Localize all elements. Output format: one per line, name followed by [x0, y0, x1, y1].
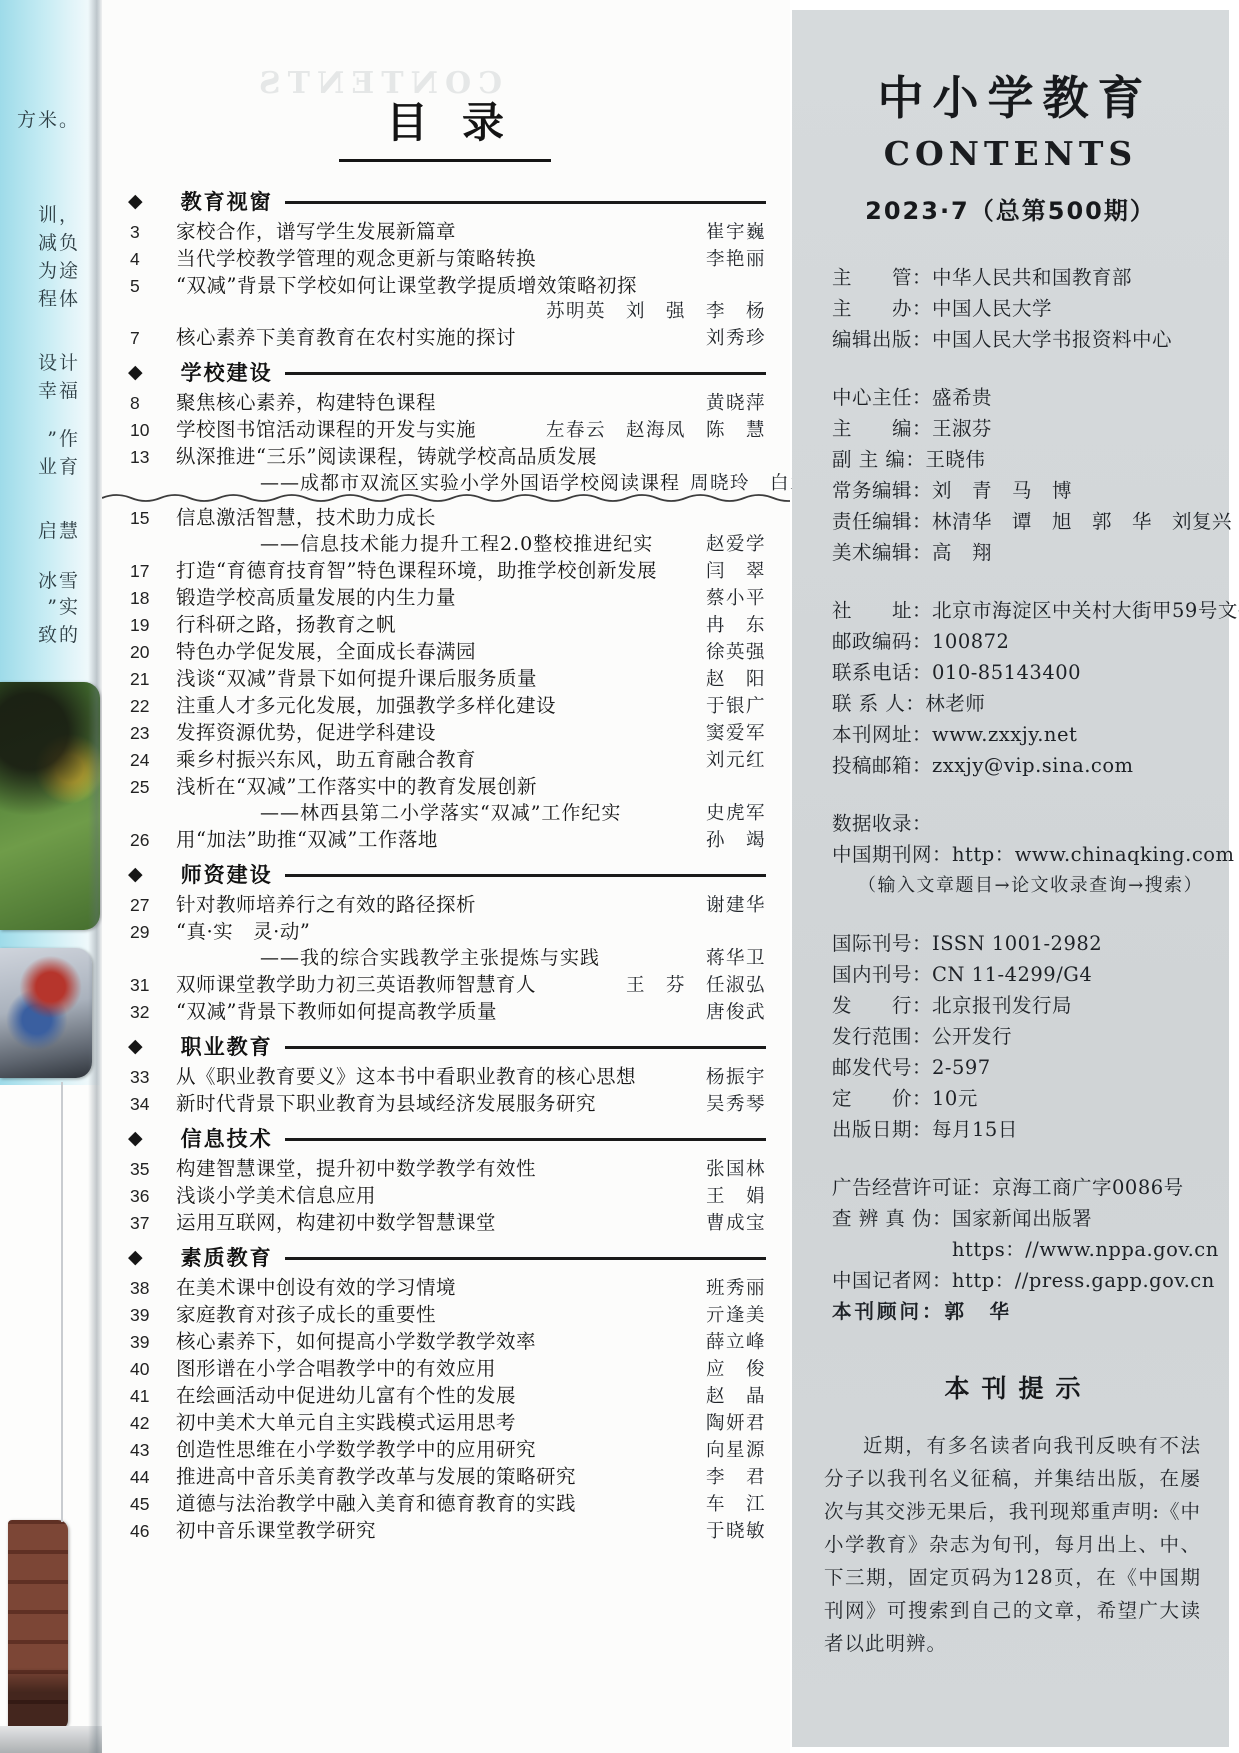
toc-article-title: 初中音乐课堂教学研究	[176, 1518, 696, 1544]
toc-page-number: 45	[124, 1491, 176, 1517]
toc-authors: 亓逢美	[706, 1303, 766, 1329]
text-fragment: 训，	[0, 200, 80, 227]
toc-page-number: 35	[124, 1156, 176, 1182]
toc-authors: 车 江	[706, 1492, 766, 1518]
toc-article-title: 构建智慧课堂，提升初中数学教学有效性	[176, 1156, 696, 1182]
masthead-info: 主 管：中华人民共和国教育部主 办：中国人民大学编辑出版：中国人民大学书报资料中…	[792, 226, 1229, 1327]
masthead-line: 主 编：王淑芬	[832, 413, 1207, 444]
toc-row: 44推进高中音乐美育教学改革与发展的策略研究李 君	[124, 1464, 766, 1491]
toc-row: 38在美术课中创设有效的学习情境班秀丽	[124, 1275, 766, 1302]
section-header: ◆师资建设	[124, 859, 766, 889]
section-header: ◆教育视窗	[124, 186, 766, 216]
masthead-group: 主 管：中华人民共和国教育部主 办：中国人民大学编辑出版：中国人民大学书报资料中…	[832, 262, 1207, 355]
masthead-line: 编辑出版：中国人民大学书报资料中心	[832, 324, 1207, 355]
masthead-line: 副 主 编：王晓伟	[832, 444, 1207, 475]
toc-article-title: 双师课堂教学助力初三英语教师智慧育人	[176, 972, 616, 998]
toc-authors: 蒋华卫	[706, 946, 766, 972]
masthead-group: 中心主任：盛希贵主 编：王淑芬副 主 编：王晓伟常务编辑：刘 青 马 博责任编辑…	[832, 382, 1207, 568]
toc-row: 39家庭教育对孩子成长的重要性亓逢美	[124, 1302, 766, 1329]
notice-body: 近期，有多名读者向我刊反映有不法分子以我刊名义征稿，并集结出版，在屡次与其交涉无…	[824, 1429, 1201, 1660]
toc-article-title: “双减”背景下学校如何让课堂教学提质增效策略初探	[176, 273, 766, 299]
toc-article-title: 在美术课中创设有效的学习情境	[176, 1275, 696, 1301]
toc-page-number: 19	[124, 612, 176, 638]
toc-page-number: 4	[124, 246, 176, 272]
toc-authors: 谢建华	[706, 893, 766, 919]
toc-authors: 于银广	[706, 694, 766, 720]
toc-article-title: 从《职业教育要义》这本书中看职业教育的核心思想	[176, 1064, 696, 1090]
toc-authors: 苏明英 刘 强 李 杨	[546, 299, 766, 325]
section-rule	[285, 1138, 766, 1141]
toc-article-title: 锻造学校高质量发展的内生力量	[176, 585, 696, 611]
section-rule	[285, 1046, 766, 1049]
bleedthrough-contents: CONTENTS	[252, 66, 502, 101]
toc-row: 4当代学校教学管理的观念更新与策略转换李艳丽	[124, 246, 766, 273]
toc-article-title: 在绘画活动中促进幼儿富有个性的发展	[176, 1383, 696, 1409]
toc-article-title: ——林西县第二小学落实“双减”工作纪实	[176, 800, 696, 826]
toc-page-number: 37	[124, 1210, 176, 1236]
toc-article-title: 核心素养下，如何提高小学数学教学效率	[176, 1329, 696, 1355]
toc-row: 18锻造学校高质量发展的内生力量蔡小平	[124, 585, 766, 612]
toc-article-title: 信息激活智慧，技术助力成长	[176, 505, 766, 531]
masthead-line: 邮政编码：100872	[832, 626, 1207, 657]
section-header: ◆学校建设	[124, 357, 766, 387]
masthead-group: 社 址：北京市海淀区中关村大街甲59号文化大厦邮政编码：100872联系电话：0…	[832, 595, 1207, 781]
toc-authors: 闫 翠	[706, 559, 766, 585]
diamond-icon: ◆	[128, 863, 143, 885]
toc-article-title: 打造“育德育技育智”特色课程环境，助推学校创新发展	[176, 558, 696, 584]
toc-article-title: ——成都市双流区实验小学外国语学校阅读课程	[176, 470, 680, 496]
section-name: 学校建设	[181, 357, 273, 387]
toc-article-title: 核心素养下美育教育在农村实施的探讨	[176, 325, 696, 351]
text-fragment: 幸福	[0, 376, 80, 403]
masthead-group: 国际刊号：ISSN 1001-2982国内刊号：CN 11-4299/G4发 行…	[832, 928, 1207, 1145]
masthead-line: 中国记者网：http：//press.gapp.gov.cn	[832, 1265, 1207, 1296]
toc-authors: 史虎军	[706, 801, 766, 827]
toc-page-number: 10	[124, 417, 176, 443]
masthead-line: （输入文章题目→论文收录查询→搜索）	[832, 870, 1207, 901]
toc-article-title: 浅谈“双减”背景下如何提升课后服务质量	[176, 666, 696, 692]
toc-authors: 蔡小平	[706, 586, 766, 612]
masthead-panel: 中小学教育 CONTENTS 2023·7（总第500期） 主 管：中华人民共和…	[792, 10, 1229, 1747]
toc-row: 43创造性思维在小学数学教学中的应用研究向星源	[124, 1437, 766, 1464]
section-rule	[285, 1257, 766, 1260]
toc-authors: 应 俊	[706, 1357, 766, 1383]
text-fragment: 业育	[0, 452, 80, 479]
masthead-group: 数据收录：中国期刊网：http：www.chinaqking.com（输入文章题…	[832, 808, 1207, 901]
masthead-line: 中国期刊网：http：www.chinaqking.com	[832, 839, 1207, 870]
toc-article-title: 特色办学促发展，全面成长春满园	[176, 639, 696, 665]
toc-authors: 班秀丽	[706, 1276, 766, 1302]
masthead-line: 本刊顾问：郭 华	[832, 1296, 1207, 1327]
toc-page-number: 44	[124, 1464, 176, 1490]
toc-authors: 向星源	[706, 1438, 766, 1464]
masthead-line: 查 辨 真 伪：国家新闻出版署	[832, 1203, 1207, 1234]
toc-row: 19行科研之路，扬教育之帆冉 东	[124, 612, 766, 639]
diamond-icon: ◆	[128, 190, 143, 212]
toc-page-number: 13	[124, 444, 176, 470]
masthead-line: https：//www.nppa.gov.cn	[832, 1234, 1207, 1265]
text-fragment: 冰雪	[0, 566, 80, 593]
toc-article-title: “真·实 灵·动”	[176, 919, 766, 945]
masthead-line: 邮发代号：2-597	[832, 1052, 1207, 1083]
toc-page-number: 41	[124, 1383, 176, 1409]
toc-page: CONTENTS 目录 ◆教育视窗3家校合作，谱写学生发展新篇章崔宇巍4当代学校…	[102, 0, 790, 1753]
toc-row: 46初中音乐课堂教学研究于晓敏	[124, 1518, 766, 1545]
scanned-magazine-page: { "left_edge": { "fragments": ["方米。","训，…	[0, 0, 1239, 1753]
masthead-line: 社 址：北京市海淀区中关村大街甲59号文化大厦	[832, 595, 1207, 626]
toc-article-title: 乘乡村振兴东风，助五育融合教育	[176, 747, 696, 773]
toc-row: ——我的综合实践教学主张提炼与实践蒋华卫	[124, 945, 766, 972]
toc-row: 3家校合作，谱写学生发展新篇章崔宇巍	[124, 219, 766, 246]
toc-row: 23发挥资源优势，促进学科建设窦爱军	[124, 720, 766, 747]
masthead-line: 国内刊号：CN 11-4299/G4	[832, 959, 1207, 990]
toc-article-title: 图形谱在小学合唱教学中的有效应用	[176, 1356, 696, 1382]
section-rule	[285, 874, 766, 877]
toc-authors: 王 芬 任淑弘	[626, 973, 766, 999]
toc-page-number: 17	[124, 558, 176, 584]
masthead-line: 责任编辑：林清华 谭 旭 郭 华 刘复兴	[832, 506, 1207, 537]
toc-article-title: 行科研之路，扬教育之帆	[176, 612, 696, 638]
toc-authors: 赵 晶	[706, 1384, 766, 1410]
masthead-line: 联系电话：010-85143400	[832, 657, 1207, 688]
masthead-line: 发 行：北京报刊发行局	[832, 990, 1207, 1021]
toc-page-number: 23	[124, 720, 176, 746]
toc-row: 5“双减”背景下学校如何让课堂教学提质增效策略初探	[124, 273, 766, 299]
toc-page-number: 40	[124, 1356, 176, 1382]
toc-page-number: 15	[124, 505, 176, 531]
toc-page-number: 22	[124, 693, 176, 719]
toc-authors: 李 君	[706, 1465, 766, 1491]
toc-row: 42初中美术大单元自主实践模式运用思考陶妍君	[124, 1410, 766, 1437]
toc-row: 20特色办学促发展，全面成长春满园徐英强	[124, 639, 766, 666]
masthead-line: 常务编辑：刘 青 马 博	[832, 475, 1207, 506]
notice-title: 本刊提示	[824, 1369, 1201, 1405]
toc-page-number: 18	[124, 585, 176, 611]
toc-authors: 曹成宝	[706, 1211, 766, 1237]
toc-authors: 冉 东	[706, 613, 766, 639]
section-name: 素质教育	[181, 1242, 273, 1272]
toc-authors: 孙 竭	[706, 828, 766, 854]
magazine-title: 中小学教育	[792, 62, 1229, 128]
publisher-notice: 本刊提示 近期，有多名读者向我刊反映有不法分子以我刊名义征稿，并集结出版，在屡次…	[792, 1369, 1229, 1660]
classroom-photo	[8, 1520, 68, 1730]
toc-row: 7核心素养下美育教育在农村实施的探讨刘秀珍	[124, 325, 766, 352]
toc-article-title: “双减”背景下教师如何提高教学质量	[176, 999, 696, 1025]
toc-article-title: 浅析在“双减”工作落实中的教育发展创新	[176, 774, 766, 800]
text-fragment: 致的	[0, 620, 80, 647]
toc-authors: 于晓敏	[706, 1519, 766, 1545]
section-name: 职业教育	[181, 1031, 273, 1061]
toc-authors: 刘秀珍	[706, 326, 766, 352]
toc-article-title: 发挥资源优势，促进学科建设	[176, 720, 696, 746]
toc-page-number: 25	[124, 774, 176, 800]
toc-authors: 杨振宇	[706, 1065, 766, 1091]
diamond-icon: ◆	[128, 361, 143, 383]
text-fragment: 方米。	[0, 105, 80, 132]
toc-article-title: 推进高中音乐美育教学改革与发展的策略研究	[176, 1464, 696, 1490]
toc-article-title: 初中美术大单元自主实践模式运用思考	[176, 1410, 696, 1436]
toc-row: 41在绘画活动中促进幼儿富有个性的发展赵 晶	[124, 1383, 766, 1410]
section-name: 信息技术	[181, 1123, 273, 1153]
toc-authors: 赵爱学	[706, 532, 766, 558]
toc-authors: 黄晓萍	[706, 391, 766, 417]
toc-row: 25浅析在“双减”工作落实中的教育发展创新	[124, 774, 766, 800]
text-fragment: 设计	[0, 348, 80, 375]
foliage-photo	[0, 682, 100, 930]
toc-article-title: 浅谈小学美术信息应用	[176, 1183, 696, 1209]
toc-authors: 王 娟	[706, 1184, 766, 1210]
toc-row: 24乘乡村振兴东风，助五育融合教育刘元红	[124, 747, 766, 774]
toc-authors: 陶妍君	[706, 1411, 766, 1437]
toc-article-title: 家庭教育对孩子成长的重要性	[176, 1302, 696, 1328]
toc-row: 22注重人才多元化发展，加强教学多样化建设于银广	[124, 693, 766, 720]
toc-row: 39核心素养下，如何提高小学数学教学效率薛立峰	[124, 1329, 766, 1356]
toc-article-title: 用“加法”助推“双减”工作落地	[176, 827, 696, 853]
toc-page-number: 42	[124, 1410, 176, 1436]
toc-page-number: 5	[124, 273, 176, 299]
toc-row: 13纵深推进“三乐”阅读课程，铸就学校高品质发展	[124, 444, 766, 470]
toc-page-number: 36	[124, 1183, 176, 1209]
text-fragment: 减负	[0, 228, 80, 255]
previous-page-edge: 方米。训，减负为途程体设计幸福”作业育启慧冰雪”实致的	[0, 0, 100, 1753]
masthead-line: 主 管：中华人民共和国教育部	[832, 262, 1207, 293]
toc-authors: 崔宇巍	[706, 220, 766, 246]
masthead-line: 主 办：中国人民大学	[832, 293, 1207, 324]
section-header: ◆信息技术	[124, 1123, 766, 1153]
toc-row: 10学校图书馆活动课程的开发与实施左春云 赵海凤 陈 慧	[124, 417, 766, 444]
toc-page-number: 8	[124, 390, 176, 416]
section-name: 教育视窗	[181, 186, 273, 216]
toc-authors: 薛立峰	[706, 1330, 766, 1356]
toc-row: ——成都市双流区实验小学外国语学校阅读课程周晓玲 白兰红 张雅岚	[124, 470, 766, 497]
section-header: ◆素质教育	[124, 1242, 766, 1272]
toc-page-number: 39	[124, 1302, 176, 1328]
toc-page-number: 21	[124, 666, 176, 692]
toc-authors: 吴秀琴	[706, 1092, 766, 1118]
section-name: 师资建设	[181, 859, 273, 889]
masthead-header: 中小学教育 CONTENTS 2023·7（总第500期）	[792, 10, 1229, 226]
masthead-line: 投稿邮箱：zxxjy@vip.sina.com	[832, 750, 1207, 781]
toc-article-title: 家校合作，谱写学生发展新篇章	[176, 219, 696, 245]
toc-page-number: 33	[124, 1064, 176, 1090]
toc-page-number: 24	[124, 747, 176, 773]
toc-row: 15信息激活智慧，技术助力成长	[124, 505, 766, 531]
toc-authors: 左春云 赵海凤 陈 慧	[546, 418, 766, 444]
toc-page-number: 27	[124, 892, 176, 918]
toc-row: 35构建智慧课堂，提升初中数学教学有效性张国林	[124, 1156, 766, 1183]
toc-article-title: 注重人才多元化发展，加强教学多样化建设	[176, 693, 696, 719]
toc-authors: 徐英强	[706, 640, 766, 666]
toc-title-underline	[339, 159, 551, 162]
toc-article-title: ——信息技术能力提升工程2.0整校推进纪实	[176, 531, 696, 557]
toc-page-number: 20	[124, 639, 176, 665]
text-fragment: ”作	[0, 424, 80, 451]
toc-row: 21浅谈“双减”背景下如何提升课后服务质量赵 阳	[124, 666, 766, 693]
text-fragment: 启慧	[0, 516, 80, 543]
toc-page-number: 46	[124, 1518, 176, 1544]
toc-authors: 赵 阳	[706, 667, 766, 693]
toc-row: 26用“加法”助推“双减”工作落地孙 竭	[124, 827, 766, 854]
toc-page-number: 43	[124, 1437, 176, 1463]
diamond-icon: ◆	[128, 1035, 143, 1057]
section-rule	[285, 372, 766, 375]
toc-row: 45道德与法治教学中融入美育和德育教育的实践车 江	[124, 1491, 766, 1518]
toc-row: 40图形谱在小学合唱教学中的有效应用应 俊	[124, 1356, 766, 1383]
masthead-line: 广告经营许可证：京海工商广字0086号	[832, 1172, 1207, 1203]
section-header: ◆职业教育	[124, 1031, 766, 1061]
toc-row: 33从《职业教育要义》这本书中看职业教育的核心思想杨振宇	[124, 1064, 766, 1091]
toc-page-number: 38	[124, 1275, 176, 1301]
toc-article-title: ——我的综合实践教学主张提炼与实践	[176, 945, 696, 971]
toc-page-number: 32	[124, 999, 176, 1025]
toc-authors: 刘元红	[706, 748, 766, 774]
toc-row: 苏明英 刘 强 李 杨	[124, 299, 766, 325]
toc-authors: 张国林	[706, 1157, 766, 1183]
toc-row: 27针对教师培养行之有效的路径探析谢建华	[124, 892, 766, 919]
text-fragment: 程体	[0, 284, 80, 311]
toc-row: 36浅谈小学美术信息应用王 娟	[124, 1183, 766, 1210]
contents-label: CONTENTS	[792, 134, 1229, 173]
toc-article-title: 针对教师培养行之有效的路径探析	[176, 892, 696, 918]
toc-article-title: 运用互联网，构建初中数学智慧课堂	[176, 1210, 696, 1236]
toc-page-number: 7	[124, 325, 176, 351]
issue-label: 2023·7（总第500期）	[792, 191, 1229, 226]
toc-page-number: 3	[124, 219, 176, 245]
toc-article-title: 聚焦核心素养，构建特色课程	[176, 390, 696, 416]
toc-page-number: 39	[124, 1329, 176, 1355]
masthead-line: 美术编辑：高 翔	[832, 537, 1207, 568]
masthead-line: 数据收录：	[832, 808, 1207, 839]
text-fragment: ”实	[0, 592, 80, 619]
toc-page-number: 34	[124, 1091, 176, 1117]
text-fragment: 为途	[0, 256, 80, 283]
masthead-line: 联 系 人：林老师	[832, 688, 1207, 719]
toc-row: 34新时代背景下职业教育为县域经济发展服务研究吴秀琴	[124, 1091, 766, 1118]
toc-section-list: ◆教育视窗3家校合作，谱写学生发展新篇章崔宇巍4当代学校教学管理的观念更新与策略…	[124, 186, 766, 1545]
toc-authors: 李艳丽	[706, 247, 766, 273]
toc-authors: 窦爱军	[706, 721, 766, 747]
masthead-line: 发行范围：公开发行	[832, 1021, 1207, 1052]
diamond-icon: ◆	[128, 1246, 143, 1268]
masthead-line: 本刊网址：www.zxxjy.net	[832, 719, 1207, 750]
page-edge-line	[61, 1082, 63, 1522]
toc-article-title: 新时代背景下职业教育为县域经济发展服务研究	[176, 1091, 696, 1117]
toc-row: ——信息技术能力提升工程2.0整校推进纪实赵爱学	[124, 531, 766, 558]
toc-row: 32“双减”背景下教师如何提高教学质量唐俊武	[124, 999, 766, 1026]
toc-row: 29“真·实 灵·动”	[124, 919, 766, 945]
toc-article-title: 当代学校教学管理的观念更新与策略转换	[176, 246, 696, 272]
masthead-line: 定 价：10元	[832, 1083, 1207, 1114]
ski-photo	[0, 948, 92, 1078]
section-rule	[285, 201, 766, 204]
toc-article-title: 道德与法治教学中融入美育和德育教育的实践	[176, 1491, 696, 1517]
masthead-line: 出版日期：每月15日	[832, 1114, 1207, 1145]
toc-page-number: 26	[124, 827, 176, 853]
toc-article-title: 纵深推进“三乐”阅读课程，铸就学校高品质发展	[176, 444, 766, 470]
toc-article-title: 学校图书馆活动课程的开发与实施	[176, 417, 536, 443]
toc-row: 37运用互联网，构建初中数学智慧课堂曹成宝	[124, 1210, 766, 1237]
toc-row: 8聚焦核心素养，构建特色课程黄晓萍	[124, 390, 766, 417]
toc-page-number: 29	[124, 919, 176, 945]
masthead-group: 广告经营许可证：京海工商广字0086号查 辨 真 伪：国家新闻出版署 https…	[832, 1172, 1207, 1327]
toc-row: ——林西县第二小学落实“双减”工作纪实史虎军	[124, 800, 766, 827]
toc-authors: 唐俊武	[706, 1000, 766, 1026]
toc-row: 31双师课堂教学助力初三英语教师智慧育人王 芬 任淑弘	[124, 972, 766, 999]
diamond-icon: ◆	[128, 1127, 143, 1149]
toc-page-number: 31	[124, 972, 176, 998]
toc-article-title: 创造性思维在小学数学教学中的应用研究	[176, 1437, 696, 1463]
toc-row: 17打造“育德育技育智”特色课程环境，助推学校创新发展闫 翠	[124, 558, 766, 585]
masthead-line: 国际刊号：ISSN 1001-2982	[832, 928, 1207, 959]
masthead-line: 中心主任：盛希贵	[832, 382, 1207, 413]
